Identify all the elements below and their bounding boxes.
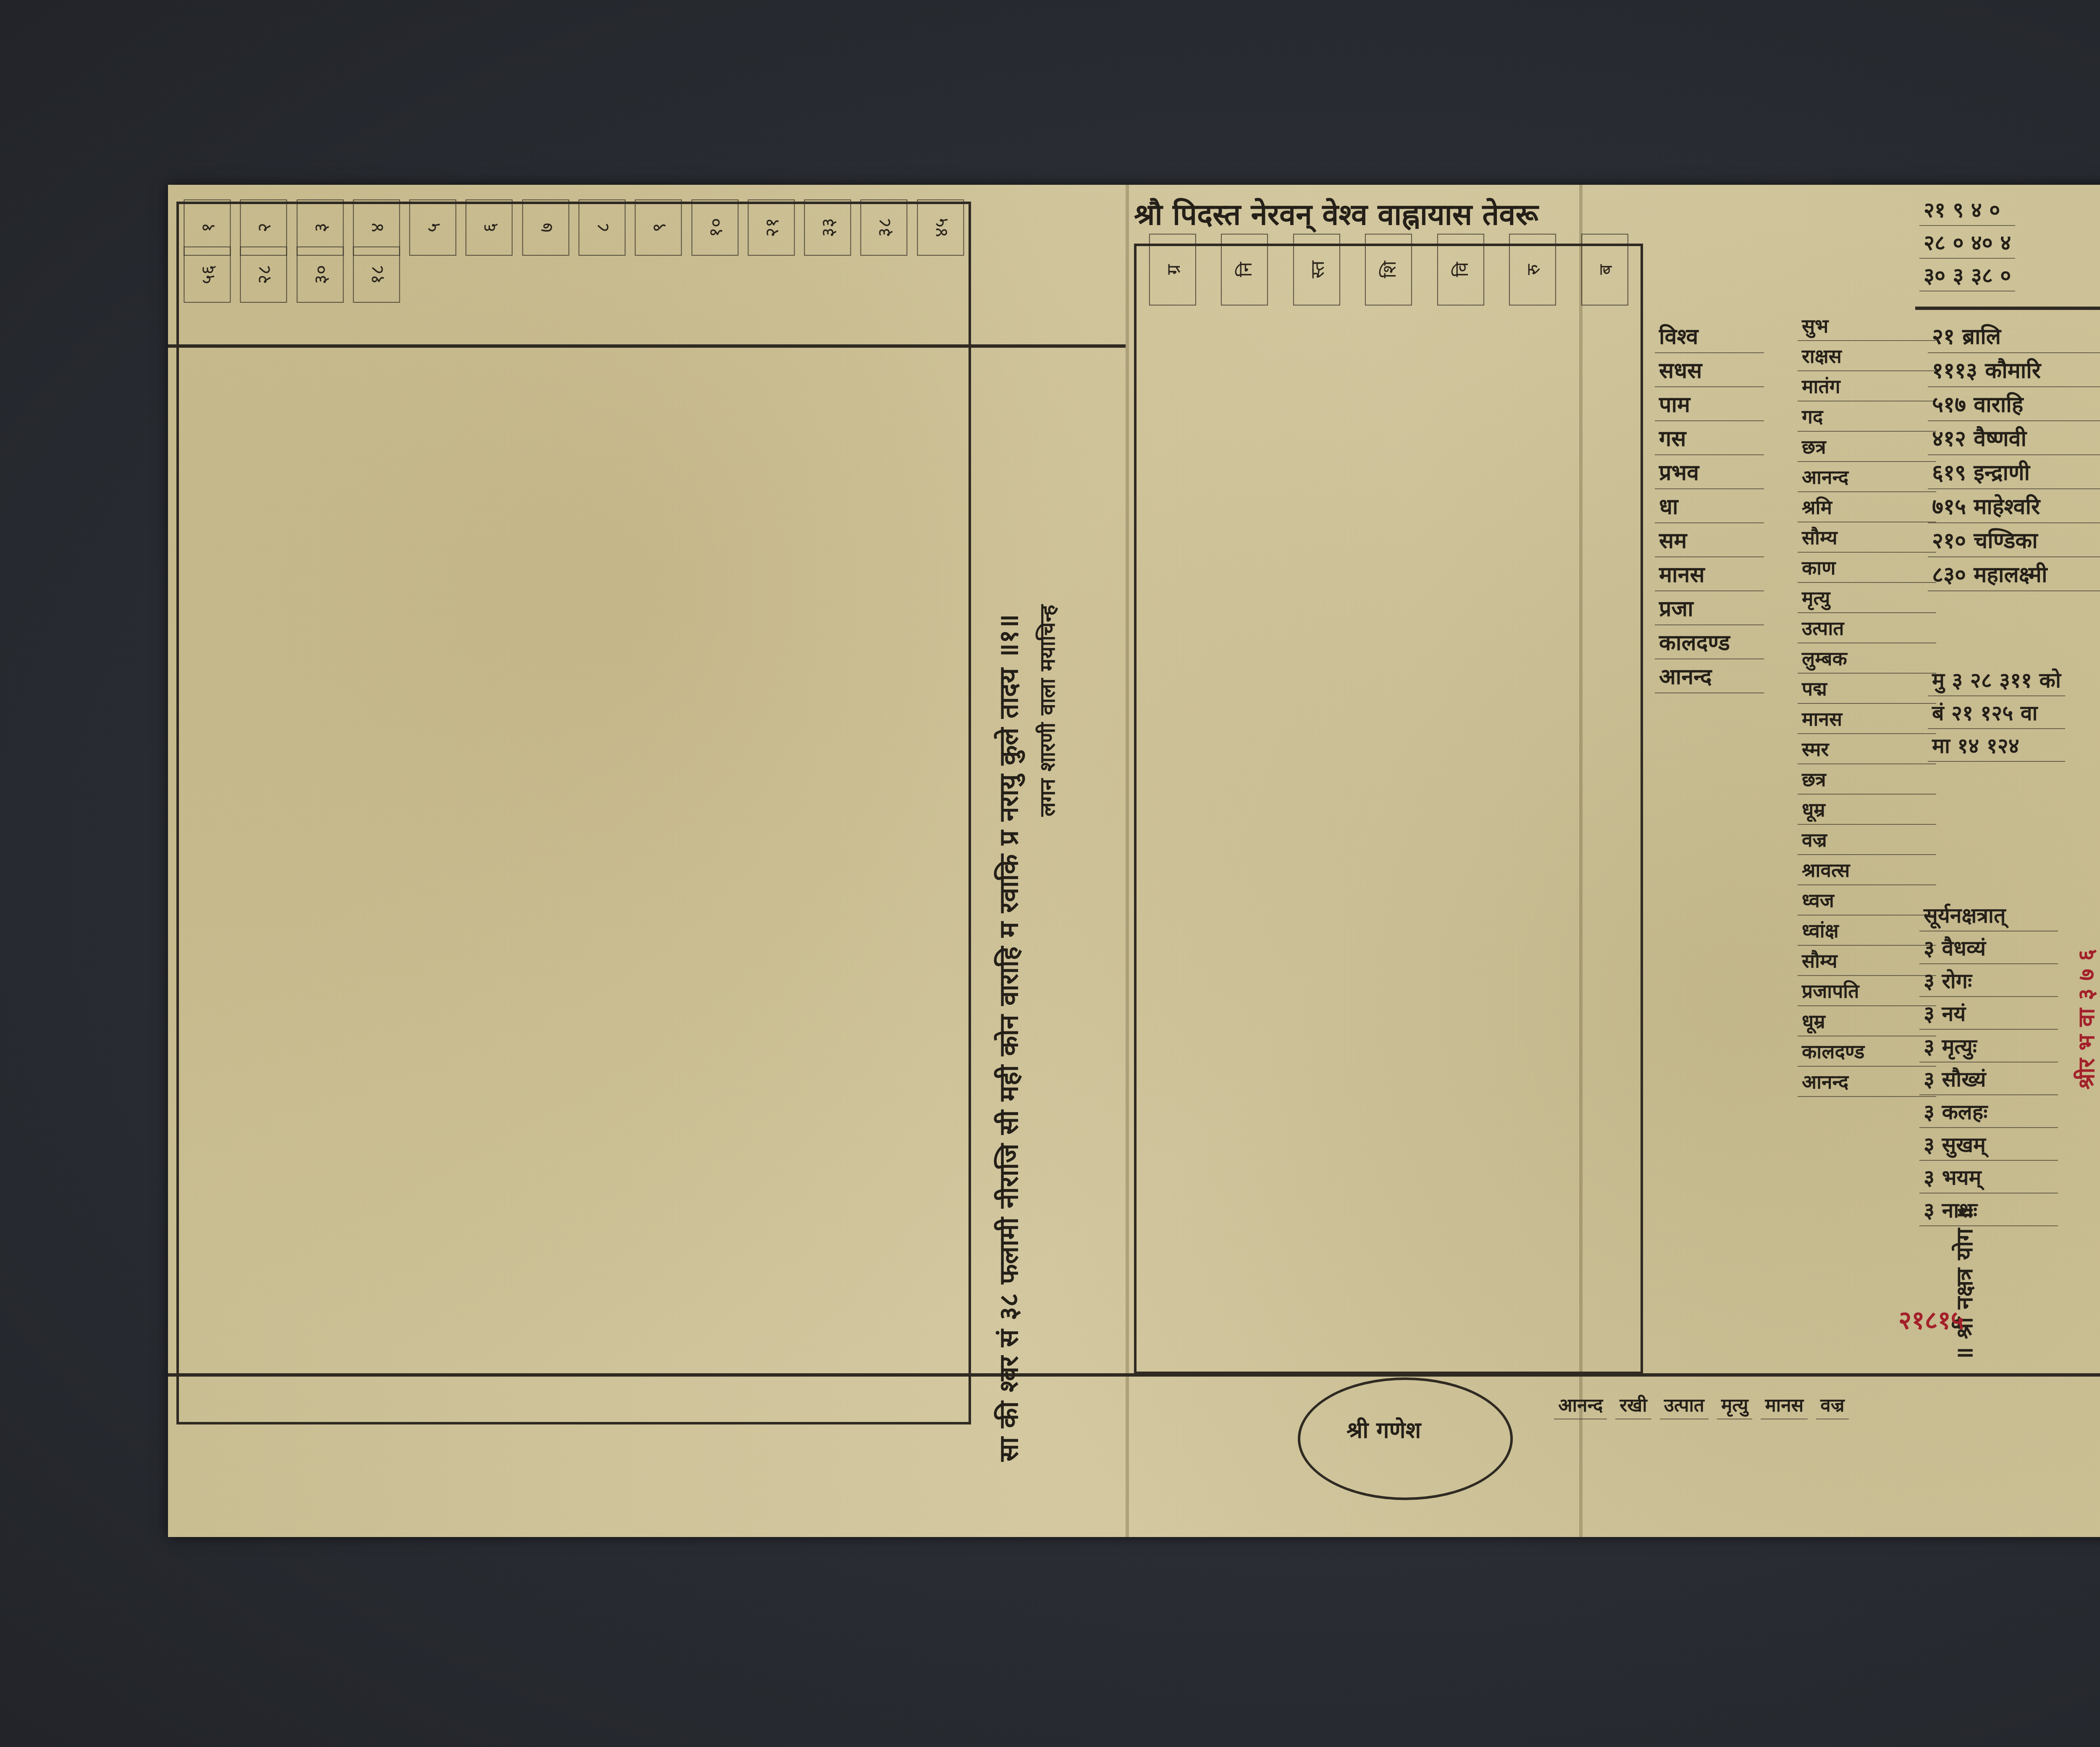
list-item: सौम्य bbox=[1798, 522, 1936, 553]
grid-cell: ३३ bbox=[804, 199, 851, 256]
red-stamp-vertical: श्रीर भ वा ३ ७ ६ bbox=[2071, 949, 2100, 1090]
list-item: १११३ कौमारि bbox=[1928, 353, 2100, 387]
list-item: ४१२ वैष्णवी bbox=[1928, 421, 2100, 455]
list-item: राक्षस bbox=[1798, 341, 1936, 371]
fold-line bbox=[1126, 185, 1129, 1537]
list-item: आनन्द bbox=[1655, 659, 1764, 693]
list-item: ६१९ इन्द्राणी bbox=[1928, 455, 2100, 489]
grid-cell: ७ bbox=[522, 199, 569, 256]
list-item: मातंग bbox=[1798, 371, 1936, 401]
list-item: ३ कलहः bbox=[1919, 1095, 2058, 1128]
grid-cell: वि bbox=[1437, 233, 1484, 305]
grid-cell: ब bbox=[1581, 233, 1628, 305]
list-item: ३ मृत्युः bbox=[1919, 1030, 2058, 1062]
list-item: ३ नाशः bbox=[1919, 1194, 2058, 1226]
list-item: सुभ bbox=[1798, 311, 1936, 341]
list-item: सूर्यनक्षत्रात् bbox=[1919, 899, 2058, 931]
list-item: गस bbox=[1655, 421, 1764, 455]
list-item: सधस bbox=[1655, 353, 1764, 387]
grid-cell: नि bbox=[1221, 233, 1268, 305]
list-item: कालदण्ड bbox=[1798, 1036, 1936, 1067]
list-item: उत्पात bbox=[1798, 613, 1936, 643]
right-top-table: २१ ९ ४ ० २८ ० ४० ४ ३० ३ ३८ ० bbox=[1919, 193, 2015, 291]
middle-header: श्रौ पिदस्त नेरवन् वेश्व वाह्नायास तेवरू bbox=[1134, 193, 1538, 233]
list-item: स्मर bbox=[1798, 734, 1936, 764]
seal-text: श्री गणेश bbox=[1347, 1414, 1421, 1445]
grid-cell: १८ bbox=[353, 246, 400, 302]
grid-cell: २१ bbox=[748, 199, 795, 256]
grid-cell: ५ bbox=[409, 199, 457, 256]
list-item: ३ सुखम् bbox=[1919, 1128, 2058, 1161]
red-stamp-bottom: २१८१५ bbox=[1898, 1302, 1964, 1336]
list-item: पद्म bbox=[1798, 674, 1936, 704]
grid-cell: २८ bbox=[240, 246, 287, 302]
list-item: प्रजा bbox=[1655, 591, 1764, 625]
list-item: २१ ब्रालि bbox=[1928, 319, 2100, 353]
rule-line bbox=[1915, 307, 2100, 310]
grid-cell: रु bbox=[1509, 233, 1556, 305]
table-row: २८ ० ४० ४ bbox=[1919, 226, 2015, 259]
list-item: मानस bbox=[1798, 704, 1936, 734]
list-item: ३ सौख्यं bbox=[1919, 1062, 2058, 1095]
grid-cell: ६ bbox=[466, 199, 513, 256]
list-item: पाम bbox=[1655, 387, 1764, 421]
nakshatra-list: सूर्यनक्षत्रात् ३ वैधव्यं ३ रोगः ३ नयं ३… bbox=[1919, 899, 2058, 1226]
value-row: मा १४ १२४ bbox=[1928, 729, 2065, 762]
list-item: धूम्र bbox=[1798, 1006, 1936, 1036]
list-item: गद bbox=[1798, 401, 1936, 432]
value-row: मु ३ २८ ३११ को bbox=[1928, 664, 2065, 696]
rule-line bbox=[168, 344, 1126, 348]
list-item: श्रमि bbox=[1798, 492, 1936, 522]
table-row: ३० ३ ३८ ० bbox=[1919, 259, 2015, 291]
list-item: श्रावत्स bbox=[1798, 855, 1936, 885]
list-item: प्रभव bbox=[1655, 455, 1764, 489]
grid-cell: ग्र bbox=[1149, 233, 1196, 305]
list-item: लुम्बक bbox=[1798, 643, 1936, 674]
list-item: ३ भयम् bbox=[1919, 1161, 2058, 1194]
circular-seal: श्री गणेश bbox=[1298, 1377, 1513, 1500]
manuscript-sheet: १ २ ३ ४ ५ ६ ७ ८ ९ १० २१ ३३ ३८ ४५ ५६ २८ ३… bbox=[168, 185, 2100, 1537]
value-row: बं २१ १२५ वा bbox=[1928, 696, 2065, 729]
list-item: ७१५ माहेश्वरि bbox=[1928, 489, 2100, 523]
name-list-1: विश्व सधस पाम गस प्रभव धा सम मानस प्रजा … bbox=[1655, 319, 1764, 693]
list-item: ३ वैधव्यं bbox=[1919, 931, 2058, 964]
list-item: प्रजापति bbox=[1798, 976, 1936, 1006]
left-sub-caption: लगन शारणी वाला मयाचिन्ह bbox=[1033, 605, 1062, 816]
left-side-caption: सा की श्वर सं ३८ फलामी नीराजि सी मही कोन… bbox=[991, 210, 1026, 1461]
yogini-list: २१ ब्रालि १११३ कौमारि ५१७ वाराहि ४१२ वैष… bbox=[1928, 319, 2100, 591]
list-item: वज्र bbox=[1816, 1390, 1848, 1419]
list-item: मृत्यु bbox=[1798, 583, 1936, 613]
list-item: मृत्यु bbox=[1717, 1390, 1753, 1419]
grid-cell: १० bbox=[691, 199, 738, 256]
numeric-grid-table: १ २ ३ ४ ५ ६ ७ ८ ९ १० २१ ३३ ३८ ४५ ५६ २८ ३… bbox=[176, 202, 971, 1424]
grid-cell: ३० bbox=[297, 246, 344, 302]
list-item: सौम्य bbox=[1798, 946, 1936, 976]
grid-cell: ९ bbox=[635, 199, 682, 256]
grid-cell: स्त bbox=[1293, 233, 1340, 305]
name-list-2: सुभ राक्षस मातंग गद छत्र आनन्द श्रमि सौम… bbox=[1798, 311, 1936, 1097]
list-item: ध्वज bbox=[1798, 885, 1936, 915]
table-row: २१ ९ ४ ० bbox=[1919, 193, 2015, 226]
list-item: रखी bbox=[1615, 1390, 1651, 1419]
list-item: सम bbox=[1655, 523, 1764, 557]
middle-letter-grid: ग्र नि स्त शि वि रु ब bbox=[1134, 244, 1643, 1374]
list-item: धूम्र bbox=[1798, 795, 1936, 825]
grid-cell: ४५ bbox=[917, 199, 964, 256]
list-item: आनन्द bbox=[1798, 462, 1936, 492]
list-item: आनन्द bbox=[1554, 1390, 1607, 1419]
list-item: कालदण्ड bbox=[1655, 625, 1764, 659]
list-item: छत्र bbox=[1798, 432, 1936, 462]
list-item: ३ नयं bbox=[1919, 997, 2058, 1030]
list-item: उत्पात bbox=[1660, 1390, 1709, 1419]
list-item: छत्र bbox=[1798, 764, 1936, 795]
footer-list: आनन्द रखी उत्पात मृत्यु मानस वज्र bbox=[1554, 1390, 1849, 1419]
mid-values: मु ३ २८ ३११ को बं २१ १२५ वा मा १४ १२४ bbox=[1928, 664, 2065, 762]
list-item: काण bbox=[1798, 553, 1936, 583]
grid-cell: ५६ bbox=[184, 246, 231, 302]
list-item: ५१७ वाराहि bbox=[1928, 387, 2100, 421]
list-item: वज्र bbox=[1798, 825, 1936, 855]
grid-cell: ८ bbox=[578, 199, 625, 256]
list-item: ३ रोगः bbox=[1919, 964, 2058, 997]
list-item: विश्व bbox=[1655, 319, 1764, 353]
list-item: ८३० महालक्ष्मी bbox=[1928, 557, 2100, 591]
grid-cell: शि bbox=[1365, 233, 1412, 305]
grid-cell: ३८ bbox=[861, 199, 908, 256]
list-item: मानस bbox=[1761, 1390, 1808, 1419]
list-item: २१० चण्डिका bbox=[1928, 523, 2100, 557]
list-item: मानस bbox=[1655, 557, 1764, 591]
list-item: ध्वांक्ष bbox=[1798, 915, 1936, 946]
list-item: आनन्द bbox=[1798, 1067, 1936, 1097]
list-item: धा bbox=[1655, 489, 1764, 523]
